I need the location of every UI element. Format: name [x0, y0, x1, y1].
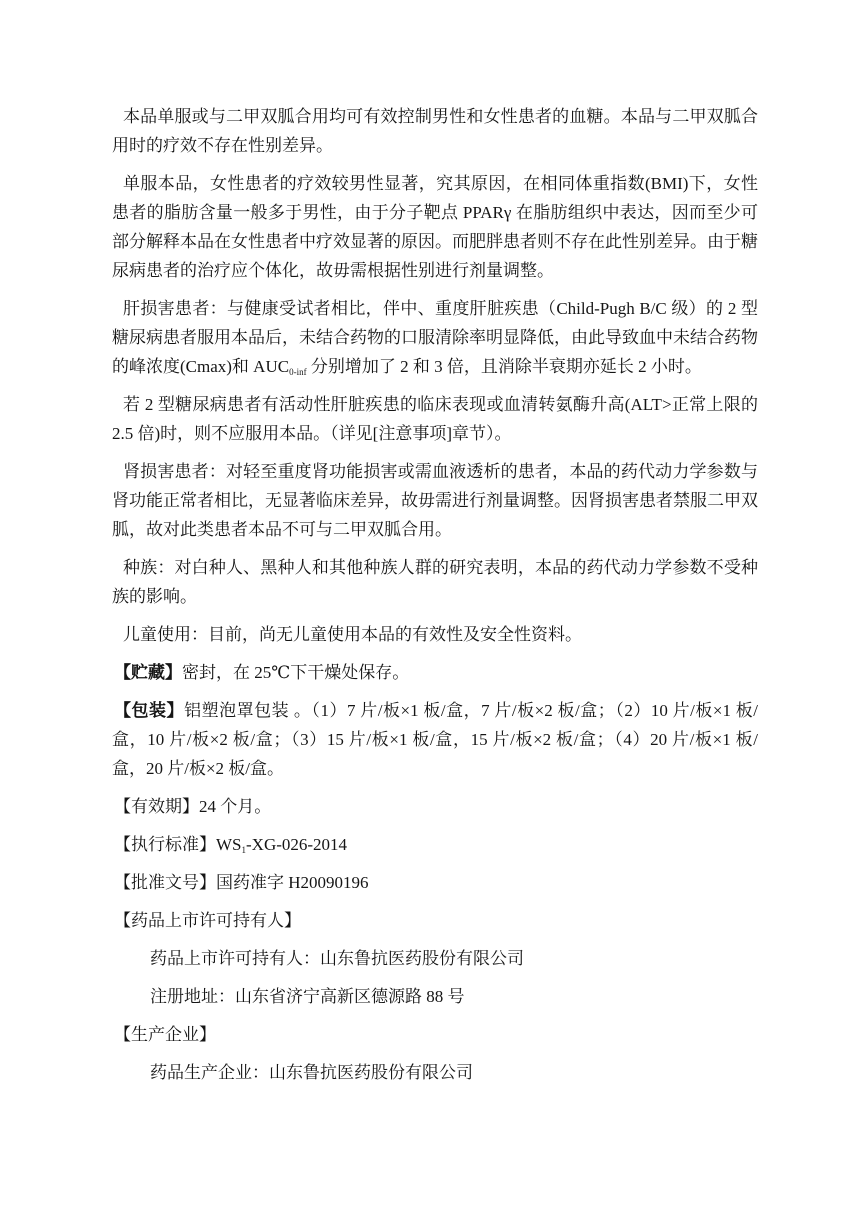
paragraph-active-liver-disease-warning: 若 2 型糖尿病患者有活动性肝脏疾患的临床表现或血清转氨酶升高(ALT>正常上限… — [112, 390, 758, 448]
hepatic-text-after-subscript: 分别增加了 2 和 3 倍，且消除半衰期亦延长 2 小时。 — [307, 357, 702, 376]
auc-zero-inf-subscript: 0-inf — [289, 367, 307, 377]
section-packaging: 【包装】铝塑泡罩包装 。（1）7 片/板×1 板/盒，7 片/板×2 板/盒；（… — [112, 696, 758, 783]
document-text-block: 本品单服或与二甲双胍合用均可有效控制男性和女性患者的血糖。本品与二甲双胍合用时的… — [112, 102, 758, 1096]
manufacturer-company-line: 药品生产企业：山东鲁抗医药股份有限公司 — [112, 1058, 758, 1087]
drug-insert-page: 本品单服或与二甲双胍合用均可有效控制男性和女性患者的血糖。本品与二甲双胍合用时的… — [0, 0, 868, 1227]
storage-section-text: 密封，在 25℃下干燥处保存。 — [182, 663, 409, 682]
storage-section-label: 【贮藏】 — [114, 663, 182, 682]
section-executive-standard: 【执行标准】WS1-XG-026-2014 — [112, 830, 758, 859]
paragraph-monotherapy-combo-efficacy: 本品单服或与二甲双胍合用均可有效控制男性和女性患者的血糖。本品与二甲双胍合用时的… — [112, 102, 758, 160]
section-shelf-life: 【有效期】24 个月。 — [112, 792, 758, 821]
shelf-life-section-text: 24 个月。 — [199, 797, 271, 816]
section-approval-number: 【批准文号】国药准字 H20090196 — [112, 868, 758, 897]
paragraph-hepatic-impairment: 肝损害患者：与健康受试者相比，伴中、重度肝脏疾患（Child-Pugh B/C … — [112, 294, 758, 381]
paragraph-gender-difference: 单服本品，女性患者的疗效较男性显著，究其原因，在相同体重指数(BMI)下，女性患… — [112, 169, 758, 285]
packaging-section-text: 铝塑泡罩包装 。（1）7 片/板×1 板/盒，7 片/板×2 板/盒；（2）10… — [112, 701, 758, 778]
section-storage: 【贮藏】密封，在 25℃下干燥处保存。 — [112, 658, 758, 687]
section-mah-header: 【药品上市许可持有人】 — [112, 906, 758, 935]
paragraph-renal-impairment: 肾损害患者：对轻至重度肾功能损害或需血液透析的患者，本品的药代动力学参数与肾功能… — [112, 457, 758, 544]
mah-holder-line: 药品上市许可持有人：山东鲁抗医药股份有限公司 — [112, 944, 758, 973]
standard-code-prefix: WS — [216, 835, 242, 854]
mah-registered-address-line: 注册地址：山东省济宁高新区德源路 88 号 — [112, 982, 758, 1011]
approval-section-label: 【批准文号】 — [114, 873, 216, 892]
section-manufacturer-header: 【生产企业】 — [112, 1020, 758, 1049]
approval-number-text: 国药准字 H20090196 — [216, 873, 369, 892]
paragraph-pediatric-use: 儿童使用：目前，尚无儿童使用本品的有效性及安全性资料。 — [112, 620, 758, 649]
packaging-section-label: 【包装】 — [114, 701, 184, 720]
shelf-life-section-label: 【有效期】 — [114, 797, 199, 816]
paragraph-race: 种族：对白种人、黑种人和其他种族人群的研究表明，本品的药代动力学参数不受种族的影… — [112, 553, 758, 611]
standard-section-label: 【执行标准】 — [114, 835, 216, 854]
standard-code-suffix: -XG-026-2014 — [246, 835, 347, 854]
